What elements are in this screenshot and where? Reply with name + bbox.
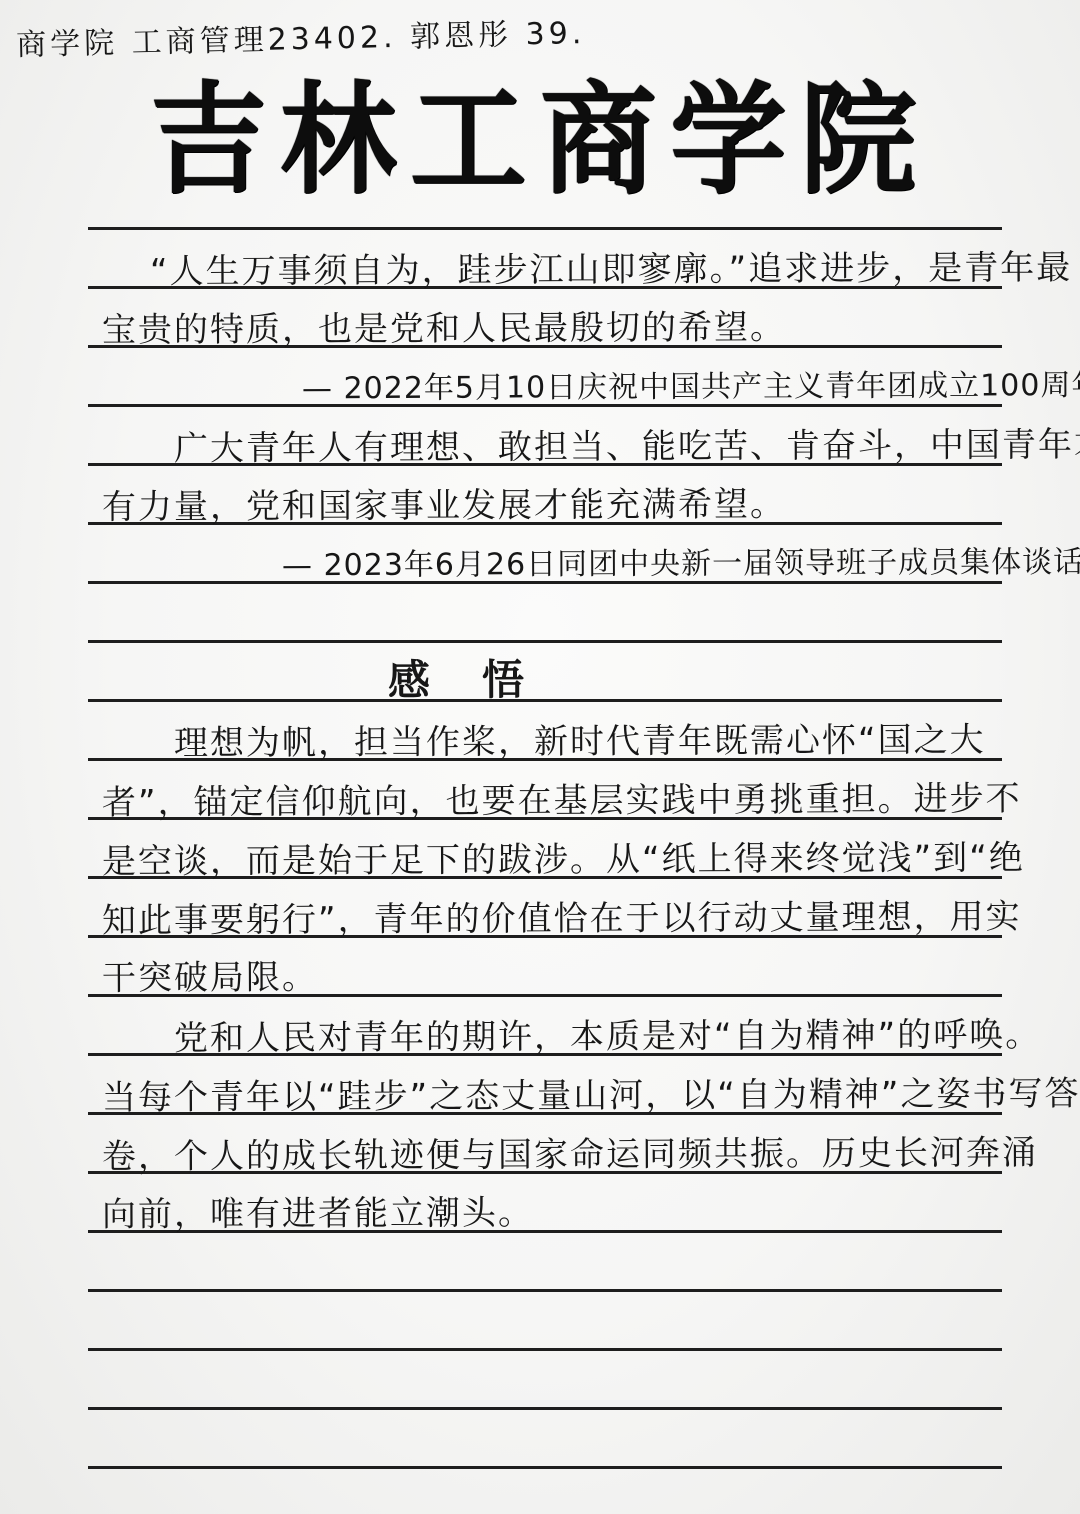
empty-ruled-line bbox=[88, 1292, 1002, 1351]
handwritten-text: 理想为帆，担当作桨，新时代青年既需心怀“国之大 bbox=[88, 720, 986, 764]
quote-line: 宝贵的特质，也是党和人民最殷切的希望。 bbox=[88, 289, 1002, 348]
handwritten-text: 当每个青年以“跬步”之态丈量山河，以“自为精神”之姿书写答 bbox=[88, 1074, 1080, 1118]
essay-line: 卷，个人的成长轨迹便与国家命运同频共振。历史长河奔涌 bbox=[88, 1115, 1002, 1174]
handwritten-text: 卷，个人的成长轨迹便与国家命运同频共振。历史长河奔涌 bbox=[88, 1133, 1038, 1177]
handwritten-text: “人生万事须自为，跬步江山即寥廓。”追求进步，是青年最 bbox=[88, 248, 1072, 292]
handwritten-text: 宝贵的特质，也是党和人民最殷切的希望。 bbox=[88, 307, 786, 350]
handwritten-text: — 2022年5月10日庆祝中国共产主义青年团成立100周年大会 bbox=[88, 366, 1080, 411]
empty-ruled-line bbox=[88, 1351, 1002, 1410]
essay-line: 理想为帆，担当作桨，新时代青年既需心怀“国之大 bbox=[88, 702, 1002, 761]
handwritten-text: 有力量，党和国家事业发展才能充满希望。 bbox=[88, 484, 786, 527]
handwritten-text: 者”，锚定信仰航向，也要在基层实践中勇挑重担。进步不 bbox=[88, 779, 1022, 823]
empty-ruled-line bbox=[88, 584, 1002, 643]
essay-line: 党和人民对青年的期许，本质是对“自为精神”的呼唤。 bbox=[88, 997, 1002, 1056]
attribution-line: — 2022年5月10日庆祝中国共产主义青年团成立100周年大会 bbox=[88, 348, 1002, 407]
school-title-calligraphy: 吉林工商学院 bbox=[0, 65, 1080, 216]
quote-line: 广大青年人有理想、敢担当、能吃苦、肯奋斗，中国青年才会 bbox=[88, 407, 1002, 466]
essay-line: 者”，锚定信仰航向，也要在基层实践中勇挑重担。进步不 bbox=[88, 761, 1002, 820]
handwritten-text: 感悟 bbox=[88, 660, 576, 702]
essay-line: 知此事要躬行”，青年的价值恰在于以行动丈量理想，用实 bbox=[88, 879, 1002, 938]
notebook-page: 商学院 工商管理23402. 郭恩彤 39. 吉林工商学院 “人生万事须自为，跬… bbox=[0, 0, 1080, 1514]
empty-ruled-line bbox=[88, 1410, 1002, 1469]
essay-line: 当每个青年以“跬步”之态丈量山河，以“自为精神”之姿书写答 bbox=[88, 1056, 1002, 1115]
attribution-line: — 2023年6月26日同团中央新一届领导班子成员集体谈话 bbox=[88, 525, 1002, 584]
essay-line: 是空谈，而是始于足下的跋涉。从“纸上得来终觉浅”到“绝 bbox=[88, 820, 1002, 879]
essay-line: 干突破局限。 bbox=[88, 938, 1002, 997]
handwritten-text: 广大青年人有理想、敢担当、能吃苦、肯奋斗，中国青年才会 bbox=[88, 425, 1080, 470]
empty-ruled-line bbox=[88, 1233, 1002, 1292]
student-info-note: 商学院 工商管理23402. 郭恩彤 39. bbox=[16, 8, 586, 64]
handwritten-text: 知此事要躬行”，青年的价值恰在于以行动丈量理想，用实 bbox=[88, 897, 1022, 941]
quote-line: 有力量，党和国家事业发展才能充满希望。 bbox=[88, 466, 1002, 525]
handwritten-text: — 2023年6月26日同团中央新一届领导班子成员集体谈话 bbox=[88, 543, 1080, 587]
ruled-sheet: “人生万事须自为，跬步江山即寥廓。”追求进步，是青年最 宝贵的特质，也是党和人民… bbox=[88, 227, 1002, 1469]
handwritten-text: 干突破局限。 bbox=[88, 957, 318, 998]
handwritten-text: 向前，唯有进者能立潮头。 bbox=[88, 1193, 534, 1235]
section-heading: 感悟 bbox=[88, 643, 1002, 702]
handwritten-text: 党和人民对青年的期许，本质是对“自为精神”的呼唤。 bbox=[88, 1015, 1041, 1059]
handwritten-text: 是空谈，而是始于足下的跋涉。从“纸上得来终觉浅”到“绝 bbox=[88, 838, 1025, 882]
quote-line: “人生万事须自为，跬步江山即寥廓。”追求进步，是青年最 bbox=[88, 230, 1002, 289]
essay-line: 向前，唯有进者能立潮头。 bbox=[88, 1174, 1002, 1233]
